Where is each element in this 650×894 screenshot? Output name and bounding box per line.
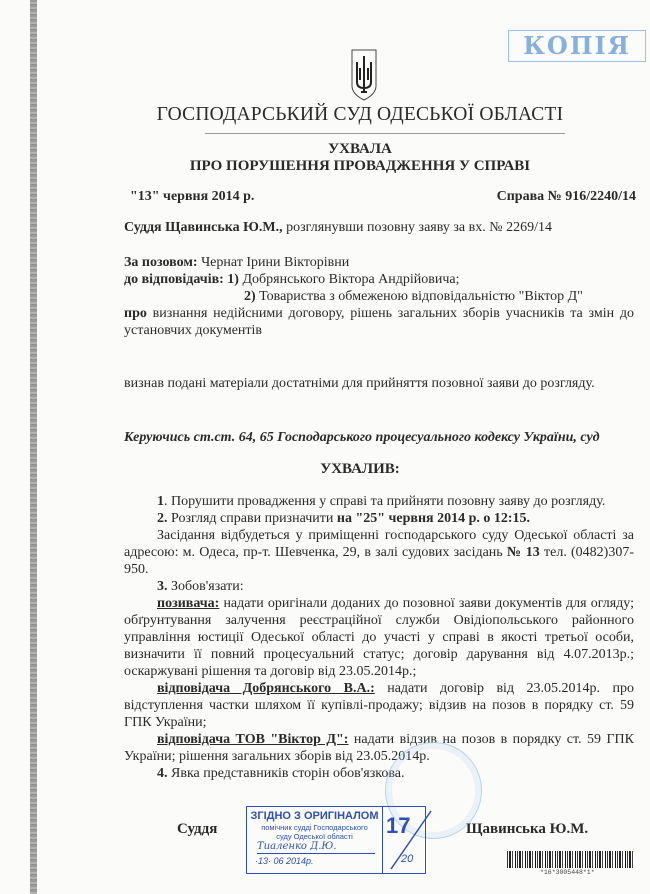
plaintiff-label: За позовом: [124,255,198,270]
judge-name-intro: Суддя Щавинська Ю.М., [124,220,283,235]
stamp-line-1: помічник судді Господарського [247,823,382,832]
defendants-label: до відповідачів: 1) [124,272,239,287]
item-2-text: Розгляд справи призначити [168,511,337,526]
court-name: ГОСПОДАРСЬКИЙ СУД ОДЕСЬКОЇ ОБЛАСТІ [35,104,650,126]
copy-stamp: КОПІЯ [508,30,646,62]
decision-heading: УХВАЛИВ: [35,461,650,478]
defendant-2-duty-label: відповідача ТОВ "Віктор Д": [157,732,348,747]
stamp-date: ·13· 06 2014р. [255,856,382,866]
barcode [507,851,635,868]
finding: визнав подані матеріали достатніми для п… [124,375,634,392]
plaintiff: Чернат Ірини Вікторівни [198,255,350,270]
decisions-block: 1. Порушити провадження у справі та прий… [124,493,634,782]
item-3-num: 3. [157,579,168,594]
defendant-2: Товариства з обмеженою відповідальністю … [256,289,583,304]
defendant-2-num: 2) [244,289,256,304]
stamp-line-2: суду Одеської області [247,832,382,841]
intro: Суддя Щавинська Ю.М., розглянувши позовн… [124,219,634,236]
judge-signature-name: Щавинська Ю.М. [466,821,588,838]
coat-of-arms-icon [350,48,378,102]
item-1: . Порушити провадження у справі та прийн… [164,494,605,509]
stamp-number: 17 [386,813,410,839]
legal-basis: Керуючись ст.ст. 64, 65 Господарського п… [124,429,634,446]
item-3: Зобов'язати: [168,579,244,594]
header-divider [205,133,565,134]
item-1-num: 1 [157,494,164,509]
item-2-num: 2. [157,511,168,526]
certified-copy-stamp: ЗГІДНО З ОРИГІНАЛОМ помічник судді Госпо… [246,806,426,874]
signature-label: Суддя [177,821,217,838]
defendant-1-duty-label: відповідача Добрянського В.А.: [157,681,375,696]
stamp-signature: Тиаленко Д.Ю. [257,841,375,854]
subject: визнання недійсними договору, рішень заг… [124,306,634,338]
document-title: УХВАЛА [35,141,650,158]
stamp-number-2: 20 [401,853,413,865]
stamp-heading: ЗГІДНО З ОРИГІНАЛОМ [247,809,382,823]
subject-label: про [124,306,147,321]
document-subtitle: ПРО ПОРУШЕННЯ ПРОВАДЖЕННЯ У СПРАВІ [35,158,650,175]
document-date: "13" червня 2014 р. [130,189,254,205]
item-4-num: 4. [157,766,168,781]
hearing-datetime: на "25" червня 2014 р. о 12:15. [337,511,530,526]
parties-block: За позовом: Чернат Ірини Вікторівни до в… [124,254,634,339]
intro-text: розглянувши позовну заяву за вх. № 2269/… [283,220,552,235]
hearing-room: № 13 [507,545,540,560]
scan-binding-edge [30,0,37,894]
plaintiff-duty-label: позивача: [157,596,219,611]
item-4: Явка представників сторін обов'язкова. [168,766,405,781]
case-number: Справа № 916/2240/14 [497,189,636,205]
barcode-text: *16*3005448*1* [540,869,595,876]
defendant-1: Добрянського Віктора Андрійовича; [239,272,460,287]
